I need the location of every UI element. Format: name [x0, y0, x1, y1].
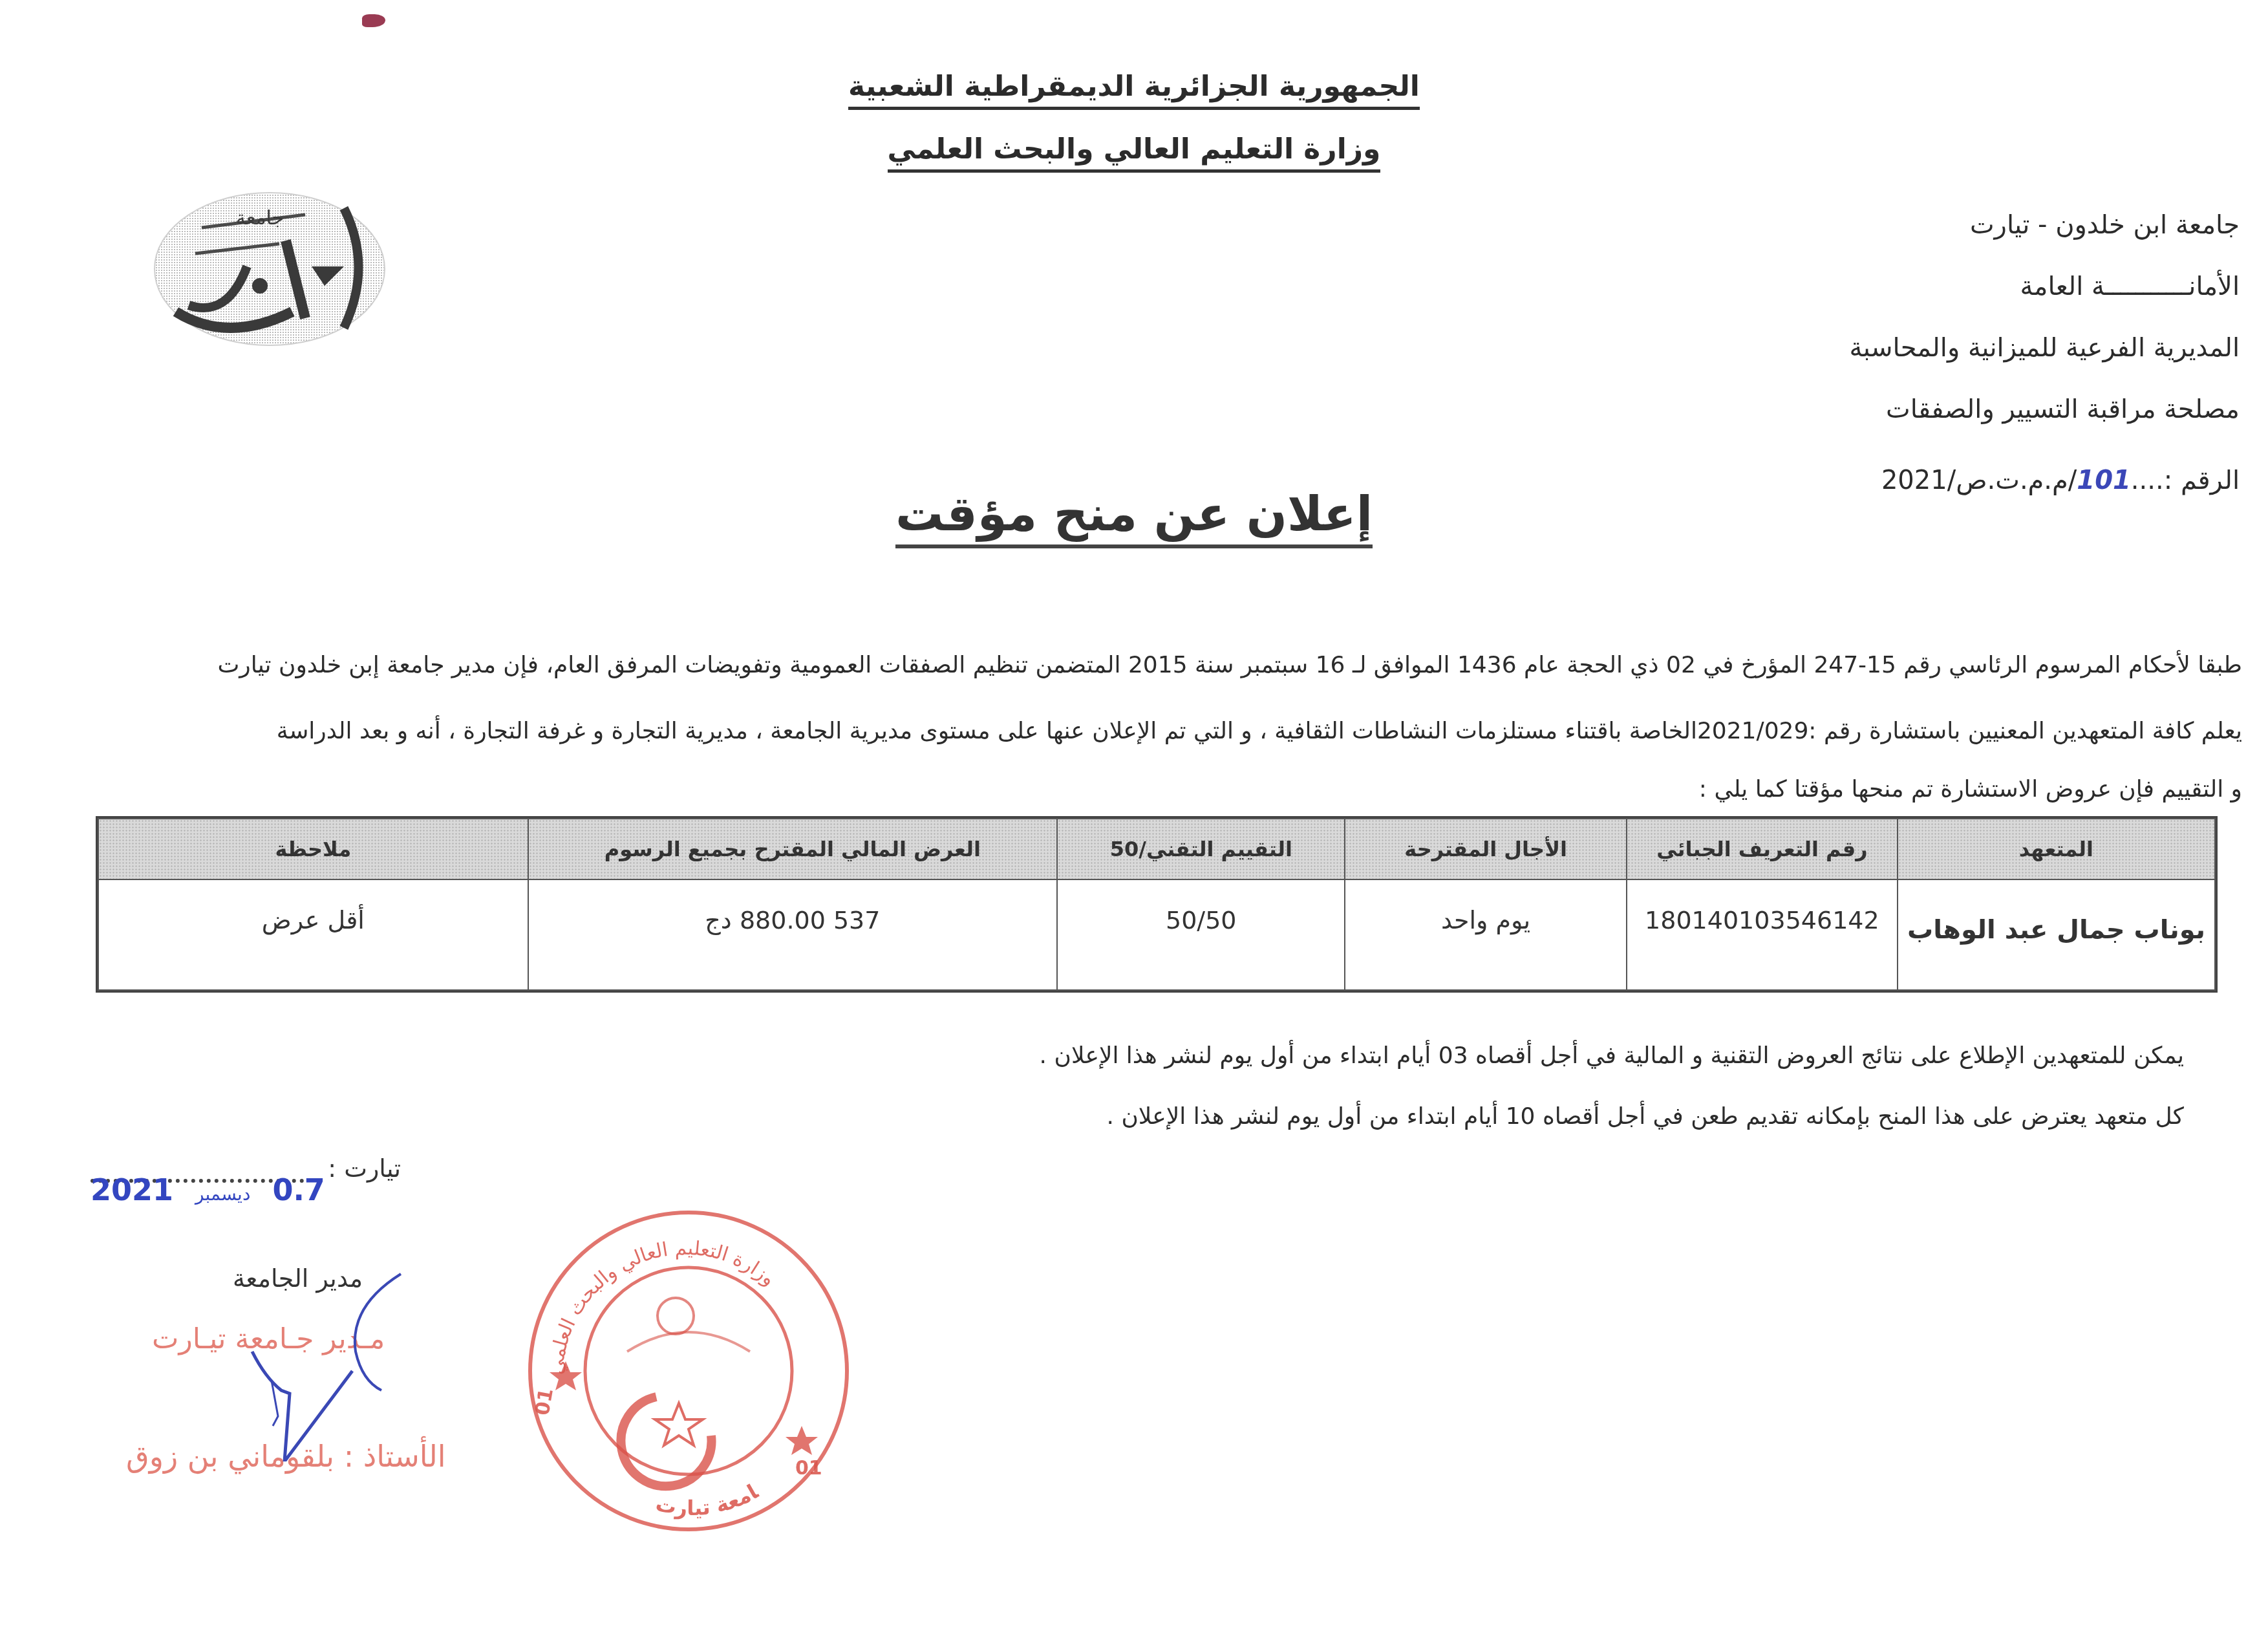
date-stamp-day: 0.7 — [272, 1172, 325, 1207]
body-line-2: يعلم كافة المتعهدين المعنيين باستشارة رق… — [26, 718, 2242, 744]
date-stamp: 2021 ديسمبر 0.7 — [91, 1172, 325, 1207]
col-header-financial-offer: العرض المالي المقترح بجميع الرسوم — [528, 819, 1058, 879]
cell-tax-id: 180140103546142 — [1627, 879, 1898, 990]
cell-financial-offer: 537 880.00 دج — [528, 879, 1058, 990]
notice-consult-results: يمكن للمتعهدين الإطلاع على نتائج العروض … — [1040, 1042, 2184, 1069]
page-title: إعلان عن منح مؤقت — [0, 486, 2268, 542]
sub-directorate: المديرية الفرعية للميزانية والمحاسبة — [1849, 333, 2240, 363]
seal-number-right: 01 — [795, 1457, 822, 1480]
cell-note: أقل عرض — [98, 879, 528, 990]
corner-ink-mark — [362, 14, 385, 27]
republic-header-text: الجمهورية الجزائرية الديمقراطية الشعبية — [848, 70, 1420, 110]
page-title-text: إعلان عن منح مؤقت — [895, 486, 1373, 548]
body-line-3: و التقييم فإن عروض الاستشارة تم منحها مؤ… — [1699, 776, 2242, 803]
col-header-technical-score: التقييم التقني/50 — [1057, 819, 1345, 879]
svg-text:جامعة: جامعة — [236, 207, 284, 230]
university-calligraphy-logo-icon: جامعة — [150, 189, 389, 349]
body-line-1: طبقا لأحكام المرسوم الرئاسي رقم 15-247 ا… — [26, 652, 2242, 678]
university-logo: جامعة — [150, 189, 389, 349]
university-name: جامعة ابن خلدون - تيارت — [1970, 210, 2240, 240]
date-stamp-year: 2021 — [91, 1172, 173, 1207]
ministry-header: وزارة التعليم العالي والبحث العلمي — [0, 133, 2268, 166]
col-header-bidder: المتعهد — [1898, 819, 2215, 879]
table-header-row: المتعهد رقم التعريف الجبائي الأجال المقت… — [98, 819, 2215, 879]
award-table: المتعهد رقم التعريف الجبائي الأجال المقت… — [96, 816, 2218, 993]
col-header-note: ملاحظة — [98, 819, 528, 879]
table-row: بوناب جمال عبد الوهاب 180140103546142 يو… — [98, 879, 2215, 990]
place-label: تيارت : — [328, 1154, 401, 1183]
ministry-header-text: وزارة التعليم العالي والبحث العلمي — [888, 133, 1381, 173]
service-name: مصلحة مراقبة التسيير والصفقات — [1886, 394, 2240, 424]
date-line: تيارت : 2021 ديسمبر 0.7 — [91, 1154, 401, 1206]
col-header-tax-id: رقم التعريف الجبائي — [1627, 819, 1898, 879]
cell-technical-score: 50/50 — [1057, 879, 1345, 990]
handwritten-signature — [213, 1267, 472, 1461]
official-round-seal: وزارة التعليم العالي والبحث العلمي جامعة… — [517, 1203, 853, 1539]
cell-deadline: يوم واحد — [1345, 879, 1626, 990]
seal-emblem-icon: وزارة التعليم العالي والبحث العلمي جامعة… — [517, 1203, 853, 1539]
signature-scribble-icon — [213, 1267, 472, 1461]
republic-header: الجمهورية الجزائرية الديمقراطية الشعبية — [0, 70, 2268, 103]
seal-number-left: 01 — [531, 1386, 558, 1417]
cell-bidder: بوناب جمال عبد الوهاب — [1898, 879, 2215, 990]
notice-appeal: كل متعهد يعترض على هذا المنح بإمكانه تقد… — [1107, 1103, 2185, 1130]
date-stamp-month: ديسمبر — [195, 1183, 250, 1205]
col-header-deadline: الأجال المقترحة — [1345, 819, 1626, 879]
general-secretariat: الأمانـــــــــــة العامة — [2020, 272, 2240, 301]
